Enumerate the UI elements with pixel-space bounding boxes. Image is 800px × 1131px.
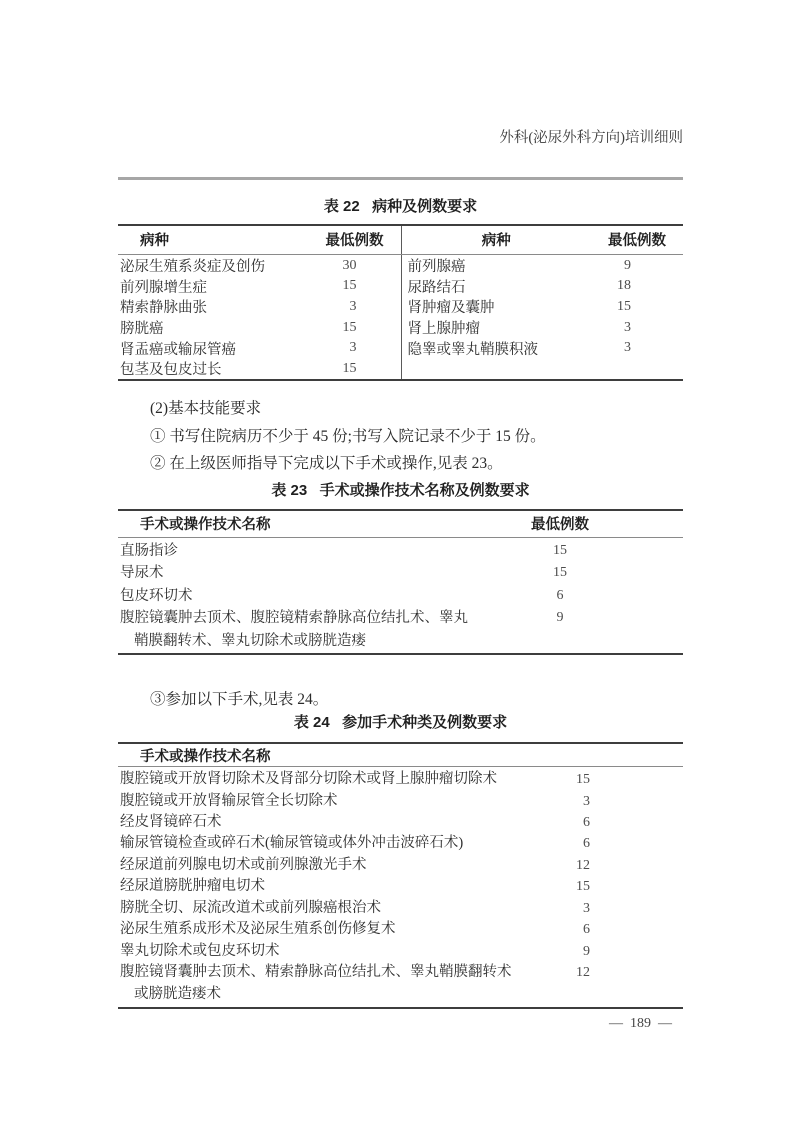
table-row: 尿路结石18 [402,276,684,297]
paragraph-line: ② 在上级医师指导下完成以下手术或操作,见表 23。 [118,450,683,478]
table24-caption: 表 24 参加手术种类及例数要求 [118,713,683,733]
table22-col-disease-left: 病种 [118,229,309,250]
paragraph-line: ① 书写住院病历不少于 45 份;书写入院记录不少于 15 份。 [118,423,683,451]
table-row: 包茎及包皮过长15 [118,358,401,379]
table22-right-column: 前列腺癌9 尿路结石18 肾肿瘤及囊肿15 肾上腺肿瘤3 隐睾或睾丸鞘膜积液3 [401,255,684,380]
running-header: 外科(泌尿外科方向)培训细则 [118,0,683,171]
table23-col-min: 最低例数 [500,513,620,534]
table22-body: 泌尿生殖系炎症及创伤30 前列腺增生症15 精索静脉曲张3 膀胱癌15 肾盂癌或… [118,255,683,380]
table-row: 腹腔镜囊肿去顶术、腹腔镜精索静脉高位结扎术、睾丸9鞘膜翻转术、睾丸切除术或膀胱造… [118,607,683,652]
table24-col-name: 手术或操作技术名称 [118,745,271,766]
table-row: 泌尿生殖系成形术及泌尿生殖系创伤修复术6 [118,919,683,940]
table-row: 经尿道前列腺电切术或前列腺激光手术12 [118,855,683,876]
table-row: 肾盂癌或输尿管癌3 [118,338,401,359]
table-row: 直肠指诊15 [118,540,683,563]
table-row: 经尿道膀胱肿瘤电切术15 [118,876,683,897]
table22-col-min-right: 最低例数 [591,229,683,250]
table23-body: 直肠指诊15 导尿术15 包皮环切术6 腹腔镜囊肿去顶术、腹腔镜精索静脉高位结扎… [118,538,683,654]
table23-col-name: 手术或操作技术名称 [118,513,500,534]
table-row: 隐睾或睾丸鞘膜积液3 [402,338,684,359]
page-content: 外科(泌尿外科方向)培训细则 表 22 病种及例数要求 病种 最低例数 病种 最… [118,0,683,1033]
table-row: 肾肿瘤及囊肿15 [402,297,684,318]
table-22: 病种 最低例数 病种 最低例数 泌尿生殖系炎症及创伤30 前列腺增生症15 精索… [118,224,683,382]
paragraph-line: (2)基本技能要求 [118,395,683,423]
table-24: 手术或操作技术名称 腹腔镜或开放肾切除术及肾部分切除术或肾上腺肿瘤切除术15 腹… [118,742,683,1009]
table22-col-min-left: 最低例数 [309,229,401,250]
table-row: 前列腺癌9 [402,256,684,277]
table23-header-row: 手术或操作技术名称 最低例数 [118,511,683,538]
table-row: 泌尿生殖系炎症及创伤30 [118,256,401,277]
table22-header-row: 病种 最低例数 病种 最低例数 [118,226,683,255]
table22-left-column: 泌尿生殖系炎症及创伤30 前列腺增生症15 精索静脉曲张3 膀胱癌15 肾盂癌或… [118,255,401,380]
table-row: 肾上腺肿瘤3 [402,317,684,338]
table23-caption: 表 23 手术或操作技术名称及例数要求 [118,481,683,501]
header-rule [118,177,683,180]
running-header-text: 外科(泌尿外科方向)培训细则 [499,130,683,146]
table-23: 手术或操作技术名称 最低例数 直肠指诊15 导尿术15 包皮环切术6 腹腔镜囊肿… [118,509,683,656]
table-row: 膀胱癌15 [118,317,401,338]
table22-col-disease-right: 病种 [402,229,592,250]
table22-caption: 表 22 病种及例数要求 [118,197,683,217]
paragraph-line: ③参加以下手术,见表 24。 [118,687,683,713]
table-row: 输尿管镜检查或碎石术(输尿管镜或体外冲击波碎石术)6 [118,833,683,854]
table-row: 膀胱全切、尿流改道术或前列腺癌根治术3 [118,898,683,919]
table-row: 腹腔镜肾囊肿去顶术、精索静脉高位结扎术、睾丸鞘膜翻转术12或膀胱造瘘术 [118,962,683,1005]
table24-header-row: 手术或操作技术名称 [118,744,683,767]
table-row: 经皮肾镜碎石术6 [118,812,683,833]
table-row: 睾丸切除术或包皮环切术9 [118,941,683,962]
table-row: 前列腺增生症15 [118,276,401,297]
table-row: 腹腔镜或开放肾输尿管全长切除术3 [118,791,683,812]
table-row: 腹腔镜或开放肾切除术及肾部分切除术或肾上腺肿瘤切除术15 [118,769,683,790]
participate-paragraph: ③参加以下手术,见表 24。 [118,687,683,713]
basic-skills-paragraph: (2)基本技能要求 ① 书写住院病历不少于 45 份;书写入院记录不少于 15 … [118,395,683,478]
table-row: 导尿术15 [118,562,683,585]
page-number: — 189 — [118,1015,683,1033]
table-row [402,358,684,379]
table24-body: 腹腔镜或开放肾切除术及肾部分切除术或肾上腺肿瘤切除术15 腹腔镜或开放肾输尿管全… [118,767,683,1007]
table-row: 包皮环切术6 [118,585,683,608]
table-row: 精索静脉曲张3 [118,297,401,318]
